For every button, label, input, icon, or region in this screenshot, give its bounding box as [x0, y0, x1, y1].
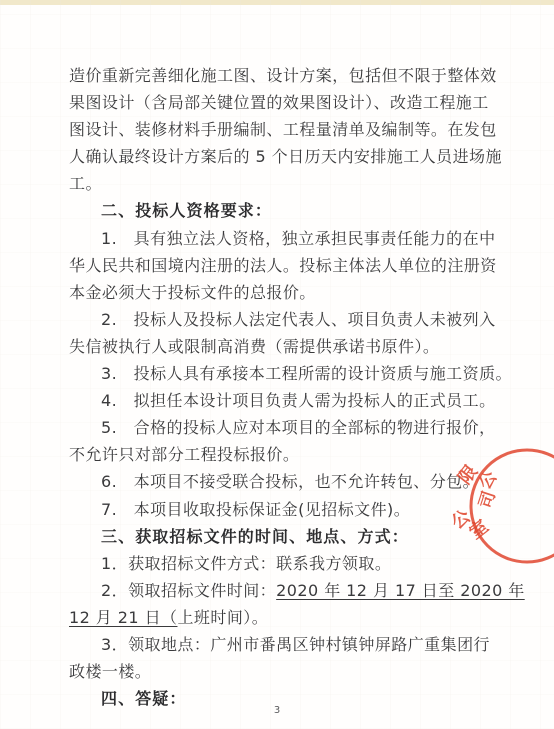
qualification-item-2-line: 失信被执行人或限制高消费（需提供承诺书原件）。 [69, 333, 493, 360]
qualification-item-3-line: 3. 投标人具有承接本工程所需的设计资质与施工资质。 [69, 360, 493, 387]
obtain-method-line: 1．获取招标文件方式：联系我方领取。 [69, 550, 493, 577]
section-obtain-heading: 三、获取招标文件的时间、地点、方式： [69, 523, 493, 550]
section-qualifications-heading: 二、投标人资格要求： [69, 197, 493, 224]
document-body: 造价重新完善细化施工图、设计方案，包括但不限于整体效 果图设计（含局部关键位置的… [69, 62, 493, 712]
obtain-time-dates-underlined: 12 月 21 日（ [69, 608, 177, 627]
qualification-item-1-line: 本金必须大于投标文件的总报价。 [69, 279, 493, 306]
intro-line: 图设计、装修材料手册编制、工程量清单及编制等。在发包 [69, 116, 493, 143]
qualification-item-5-line: 不允许只对部分工程投标报价。 [69, 441, 493, 468]
obtain-time-dates-underlined: 2020 年 12 月 17 日至 2020 年 [276, 581, 525, 600]
qualification-item-1-line: 1. 具有独立法人资格，独立承担民事责任能力的在中 [69, 225, 493, 252]
qualification-item-4-line: 4. 拟担任本设计项目负责人需为投标人的正式员工。 [69, 387, 493, 414]
qualification-item-7-line: 7. 本项目收取投标保证金(见招标文件)。 [69, 496, 493, 523]
intro-line: 造价重新完善细化施工图、设计方案，包括但不限于整体效 [69, 62, 493, 89]
page-number: 3 [0, 705, 554, 716]
intro-line: 果图设计（含局部关键位置的效果图设计）、改造工程施工 [69, 89, 493, 116]
scanned-document-page: 造价重新完善细化施工图、设计方案，包括但不限于整体效 果图设计（含局部关键位置的… [0, 0, 554, 729]
obtain-time-note: 上班时间）。 [177, 608, 268, 627]
intro-line: 人确认最终设计方案后的 5 个日历天内安排施工人员进场施 [69, 143, 493, 170]
obtain-time-label: 2．领取招标文件时间： [101, 581, 276, 600]
qualification-item-1-line: 华人民共和国境内注册的法人。投标主体法人单位的注册资 [69, 252, 493, 279]
obtain-time-line: 2．领取招标文件时间：2020 年 12 月 17 日至 2020 年 [69, 577, 493, 604]
qualification-item-5-line: 5. 合格的投标人应对本项目的全部标的物进行报价， [69, 414, 493, 441]
intro-line: 工。 [69, 170, 493, 197]
qualification-item-2-line: 2. 投标人及投标人法定代表人、项目负责人未被列入 [69, 306, 493, 333]
scan-edge-strip [0, 0, 554, 5]
obtain-time-line-2: 12 月 21 日（上班时间）。 [69, 604, 493, 631]
obtain-location-line: 政楼一楼。 [69, 658, 493, 685]
qualification-item-6-line: 6. 本项目不接受联合投标，也不允许转包、分包。 [69, 468, 493, 495]
obtain-location-line: 3．领取地点：广州市番禺区钟村镇钟屏路广重集团行 [69, 631, 493, 658]
